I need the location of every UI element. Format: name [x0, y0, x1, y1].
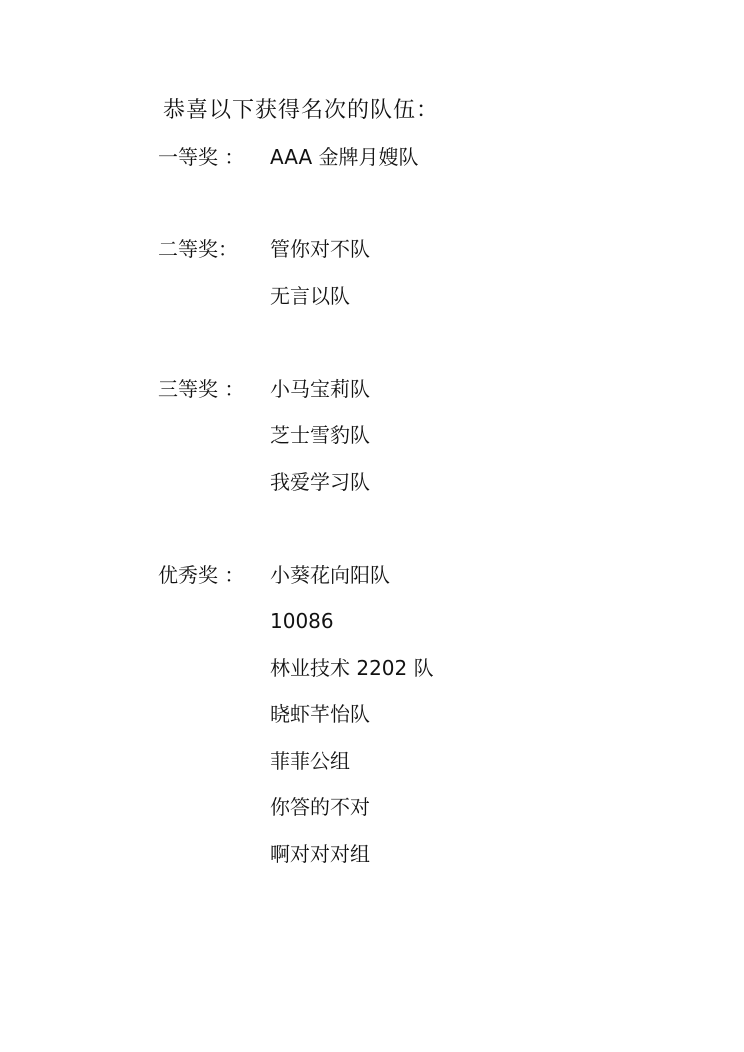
team-name: 芝士雪豹队: [270, 422, 370, 448]
team-name: 你答的不对: [270, 794, 370, 820]
team-name: 无言以队: [270, 283, 350, 309]
page-title: 恭喜以下获得名次的队伍：: [163, 96, 439, 126]
team-name: 10086: [270, 608, 334, 634]
team-name: 啊对对对组: [270, 841, 370, 867]
team-name: 管你对不队: [270, 236, 370, 262]
team-name: 晓虾芊怡队: [270, 701, 370, 727]
award-label-first: 一等奖 ：: [158, 144, 244, 170]
team-name: AAA 金牌月嫂队: [270, 144, 419, 170]
award-label-excellence: 优秀奖 ：: [158, 562, 244, 588]
award-label-second: 二等奖：: [158, 236, 238, 262]
team-name: 林业技术 2202 队: [270, 655, 434, 681]
award-label-third: 三等奖 ：: [158, 376, 244, 402]
team-name: 菲菲公组: [270, 748, 350, 774]
team-name: 小马宝莉队: [270, 376, 370, 402]
team-name: 小葵花向阳队: [270, 562, 390, 588]
team-name: 我爱学习队: [270, 469, 370, 495]
